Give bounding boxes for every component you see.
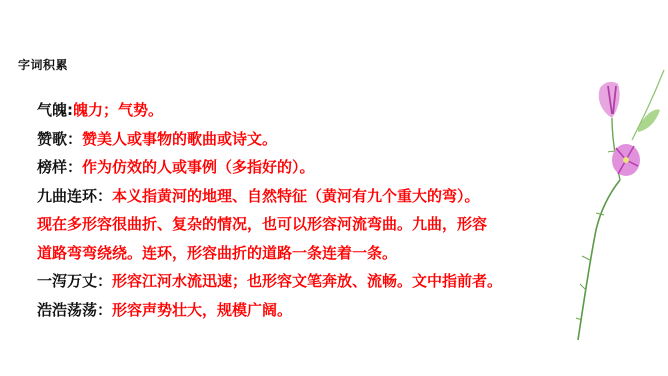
vocab-definition: 形容江河水流迅速；也形容文笔奔放、流畅。文中指前者。 — [112, 272, 502, 290]
vocab-term: 榜样： — [37, 158, 82, 176]
vocab-term: 九曲连环： — [37, 187, 112, 205]
vocab-entry: 一泻万丈：形容江河水流迅速；也形容文笔奔放、流畅。文中指前者。 — [37, 267, 577, 296]
vocab-entry: 九曲连环：本义指黄河的地理、自然特征（黄河有九个重大的弯）。 — [37, 182, 577, 211]
vocab-term: 赞歌： — [37, 130, 82, 148]
vocab-entry: 气魄:魄力；气势。 — [37, 96, 577, 125]
vocab-entry: 浩浩荡荡：形容声势壮大，规模广阔。 — [37, 296, 577, 325]
vocabulary-list: 气魄:魄力；气势。 赞歌：赞美人或事物的歌曲或诗文。 榜样：作为仿效的人或事例（… — [37, 96, 577, 324]
vocab-definition: 魄力；气势。 — [73, 101, 163, 119]
vocab-definition: 赞美人或事物的歌曲或诗文。 — [82, 130, 277, 148]
vocab-definition: 作为仿效的人或事例（多指好的）。 — [82, 158, 315, 176]
vocab-term: 浩浩荡荡： — [37, 301, 112, 319]
vocab-definition-continued: 现在多形容很曲折、复杂的情况，也可以形容河流弯曲。九曲，形容 — [37, 210, 577, 239]
vocab-entry: 榜样：作为仿效的人或事例（多指好的）。 — [37, 153, 577, 182]
slide-heading: 字词积累 — [18, 56, 68, 73]
vocab-definition-continued: 道路弯弯绕绕。连环，形容曲折的道路一条连着一条。 — [37, 239, 577, 268]
vocab-definition: 本义指黄河的地理、自然特征（黄河有九个重大的弯）。 — [112, 187, 480, 205]
vocab-term: 气魄: — [37, 101, 73, 119]
vocab-term: 一泻万丈： — [37, 272, 112, 290]
vocab-definition: 形容声势壮大，规模广阔。 — [112, 301, 292, 319]
vocab-entry: 赞歌：赞美人或事物的歌曲或诗文。 — [37, 125, 577, 154]
flower-illustration-icon — [560, 40, 668, 370]
